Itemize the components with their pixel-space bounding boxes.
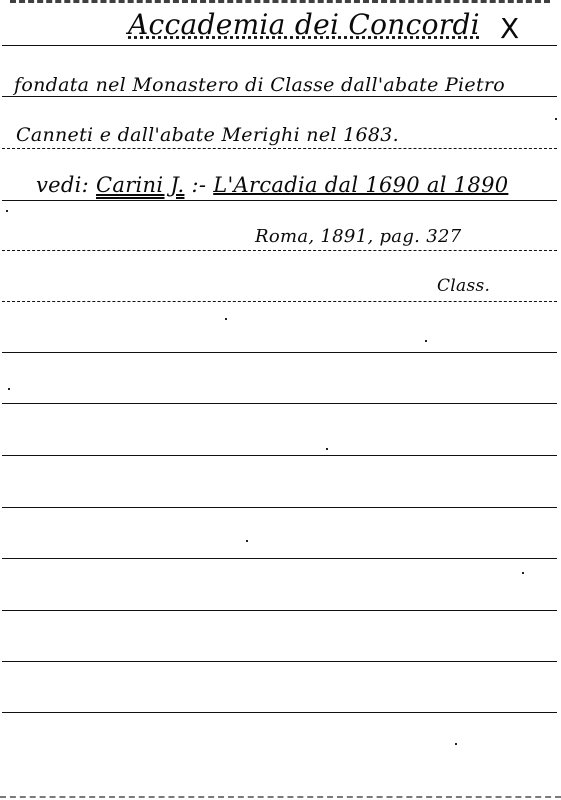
scan-speck [225, 318, 227, 320]
ruled-line [2, 558, 557, 559]
scan-speck [522, 572, 524, 574]
reference-title: L'Arcadia dal 1690 al 1890 [213, 173, 508, 197]
catalog-card: Accademia dei Concordi X fondata nel Mon… [0, 0, 561, 800]
ruled-line [2, 712, 557, 713]
ruled-line [2, 250, 557, 251]
reference-separator: :- [191, 173, 206, 197]
top-edge-band [10, 0, 550, 6]
ruled-line [2, 352, 557, 353]
ruled-line [2, 610, 557, 611]
ruled-line [2, 661, 557, 662]
scan-speck [425, 340, 427, 342]
reference-imprint: Roma, 1891, pag. 327 [255, 226, 461, 247]
reference-prefix: vedi: [36, 173, 89, 197]
bottom-edge-band [0, 796, 561, 798]
scan-speck [326, 448, 328, 450]
shelfmark: Class. [437, 276, 490, 296]
ruled-line [2, 45, 557, 46]
ruled-line [2, 507, 557, 508]
ruled-line [2, 455, 557, 456]
ruled-line [2, 96, 557, 97]
scan-speck [455, 743, 457, 745]
description-line-1: fondata nel Monastero di Classe dall'aba… [14, 74, 505, 96]
ruled-line [2, 200, 557, 201]
description-line-2: Canneti e dall'abate Merighi nel 1683. [16, 124, 399, 146]
corner-mark: X [500, 12, 519, 45]
scan-speck [555, 118, 557, 120]
reference-author: Carini J. [96, 173, 184, 197]
ruled-line [2, 301, 557, 302]
scan-speck [6, 210, 8, 212]
scan-speck [246, 540, 248, 542]
ruled-line [2, 148, 557, 149]
reference-line: vedi: Carini J. :- L'Arcadia dal 1690 al… [36, 173, 508, 197]
card-heading: Accademia dei Concordi [128, 8, 480, 41]
scan-speck [8, 388, 10, 390]
ruled-line [2, 403, 557, 404]
